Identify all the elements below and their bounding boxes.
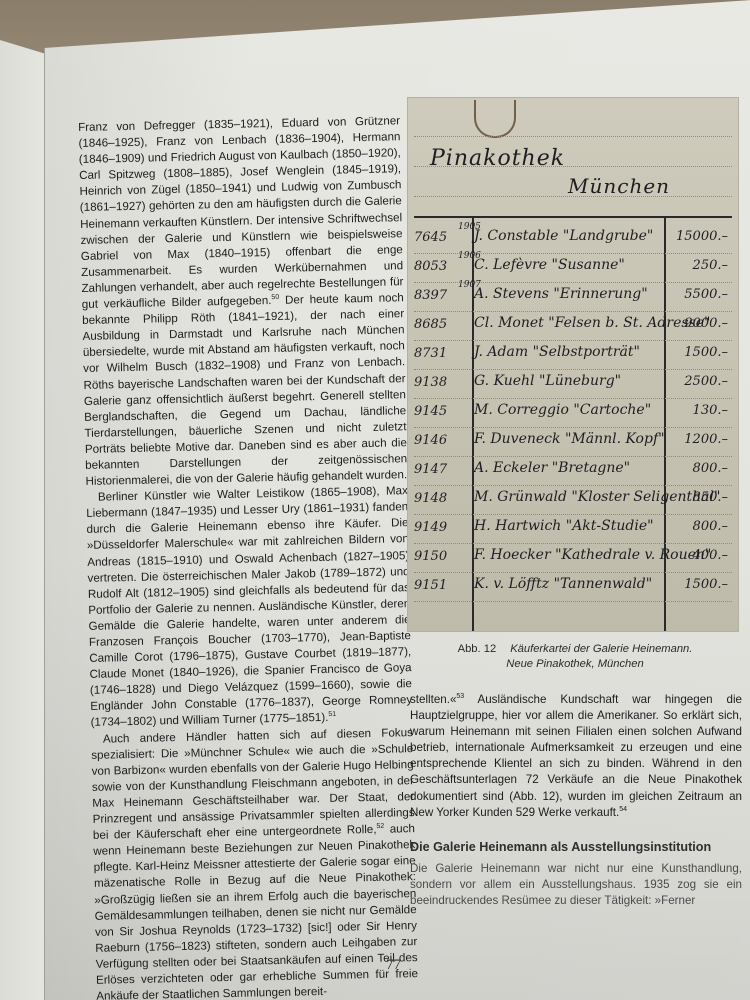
card-price: 400.–	[693, 548, 728, 563]
previous-page-edge	[0, 40, 46, 1000]
card-ruled-line	[414, 601, 732, 602]
card-row: 9145 M. Correggio "Cartoche" 130.–	[408, 398, 738, 427]
card-price: 850.–	[693, 490, 728, 505]
card-inventory-number: 9148	[414, 491, 466, 506]
paragraph-text: auch wenn Heinemann beste Beziehungen zu…	[93, 822, 418, 1000]
figure-label: Abb. 12	[458, 643, 497, 655]
card-row: 9149 H. Hartwich "Akt-Studie" 800.–	[408, 514, 738, 543]
card-header-rule	[414, 216, 732, 218]
paragraph-2: Berliner Künstler wie Walter Leistikow (…	[86, 483, 413, 731]
card-row: 8685 Cl. Monet "Felsen b. St. Adresse" 9…	[408, 311, 738, 340]
card-artwork: Cl. Monet "Felsen b. St. Adresse"	[474, 315, 710, 331]
card-row: 7645 1905 J. Constable "Landgrube" 15000…	[408, 224, 738, 253]
card-row: 9148 M. Grünwald "Kloster Seligenthal" 8…	[408, 485, 738, 514]
card-price: 15000.–	[676, 229, 728, 244]
paragraph-1: Franz von Defregger (1835–1921), Eduard …	[78, 113, 408, 490]
card-inventory-number: 9149	[414, 520, 466, 535]
card-artwork: G. Kuehl "Lüneburg"	[474, 373, 621, 389]
footnote-marker: 54	[619, 806, 627, 813]
card-artwork: F. Duveneck "Männl. Kopf"	[474, 431, 665, 447]
card-row: 9138 G. Kuehl "Lüneburg" 2500.–	[408, 369, 738, 398]
card-inventory-number: 9138	[414, 375, 466, 390]
caption-line-2: Neue Pinakothek, München	[410, 657, 740, 672]
page-number: 77	[386, 957, 401, 974]
card-price: 1200.–	[684, 432, 728, 447]
paragraph-text: Ausländische Kundschaft war hingegen die…	[410, 693, 742, 819]
caption-text: Käuferkartei der Galerie Heinemann.	[510, 643, 692, 655]
card-row: 8053 1906 C. Lefèvre "Susanne" 250.–	[408, 253, 738, 282]
card-price: 1500.–	[684, 577, 728, 592]
card-artwork: M. Grünwald "Kloster Seligenthal"	[474, 489, 720, 505]
section-paragraph: Die Galerie Heinemann war nicht nur eine…	[410, 861, 742, 909]
paragraph-text: Auch andere Händler hatten sich auf dies…	[91, 726, 415, 842]
card-row: 8397 1907 A. Stevens "Erinnerung" 5500.–	[408, 282, 738, 311]
card-artwork: J. Constable "Landgrube"	[474, 228, 653, 244]
card-inventory-number: 7645	[414, 230, 466, 245]
caption-line-1: Abb. 12Käuferkartei der Galerie Heineman…	[410, 642, 740, 657]
card-inventory-number: 9150	[414, 549, 466, 564]
card-artwork: C. Lefèvre "Susanne"	[474, 257, 625, 273]
card-inventory-number: 9145	[414, 404, 466, 419]
card-row: 9146 F. Duveneck "Männl. Kopf" 1200.–	[408, 427, 738, 456]
card-title: Pinakothek	[430, 146, 565, 171]
card-price: 1500.–	[684, 345, 728, 360]
card-row: 8731 J. Adam "Selbstporträt" 1500.–	[408, 340, 738, 369]
card-ruled-line	[414, 136, 732, 137]
card-price: 250.–	[693, 258, 728, 273]
paragraph-text: Franz von Defregger (1835–1921), Eduard …	[78, 114, 404, 311]
card-price: 800.–	[693, 519, 728, 534]
card-row: 9147 A. Eckeler "Bretagne" 800.–	[408, 456, 738, 485]
card-row: 9151 K. v. Löfftz "Tannenwald" 1500.–	[408, 572, 738, 601]
card-inventory-number: 8685	[414, 317, 466, 332]
left-text-column: Franz von Defregger (1835–1921), Eduard …	[78, 113, 418, 1000]
paragraph-3: Auch andere Händler hatten sich auf dies…	[91, 725, 419, 1000]
footnote-marker: 51	[328, 711, 336, 718]
card-inventory-number: 8731	[414, 346, 466, 361]
card-inventory-number: 9147	[414, 462, 466, 477]
card-city: München	[568, 174, 670, 198]
card-price: 2500.–	[684, 374, 728, 389]
paragraph-text: Berliner Künstler wie Walter Leistikow (…	[86, 484, 412, 729]
card-inventory-number: 9146	[414, 433, 466, 448]
card-price: 800.–	[693, 461, 728, 476]
card-price: 9000.–	[684, 316, 728, 331]
figure-caption: Abb. 12Käuferkartei der Galerie Heineman…	[410, 642, 740, 672]
card-artwork: A. Stevens "Erinnerung"	[474, 286, 648, 302]
card-artwork: M. Correggio "Cartoche"	[474, 402, 651, 418]
card-inventory-number: 8053	[414, 259, 466, 274]
card-inventory-number: 8397	[414, 288, 466, 303]
card-artwork: J. Adam "Selbstporträt"	[474, 344, 640, 360]
card-price: 130.–	[693, 403, 728, 418]
paragraph-text: stellten.«	[410, 693, 456, 706]
card-artwork: F. Hoecker "Kathedrale v. Rouen"	[474, 547, 711, 563]
card-inventory-number: 9151	[414, 578, 466, 593]
card-artwork: A. Eckeler "Bretagne"	[474, 460, 630, 476]
paragraph-continuation: stellten.«53 Ausländische Kundschaft war…	[410, 692, 742, 821]
card-price: 5500.–	[684, 287, 728, 302]
index-card-photo: Pinakothek München 7645 1905 J. Constabl…	[408, 98, 738, 631]
section-heading: Die Galerie Heinemann als Ausstellungsin…	[410, 839, 742, 855]
card-stain-mark	[474, 100, 516, 138]
paragraph-text: Der heute kaum noch bekannte Philipp Röt…	[82, 291, 407, 488]
card-artwork: H. Hartwich "Akt-Studie"	[474, 518, 654, 534]
right-text-column: stellten.«53 Ausländische Kundschaft war…	[410, 692, 742, 909]
card-row: 9150 F. Hoecker "Kathedrale v. Rouen" 40…	[408, 543, 738, 572]
card-artwork: K. v. Löfftz "Tannenwald"	[474, 576, 652, 592]
